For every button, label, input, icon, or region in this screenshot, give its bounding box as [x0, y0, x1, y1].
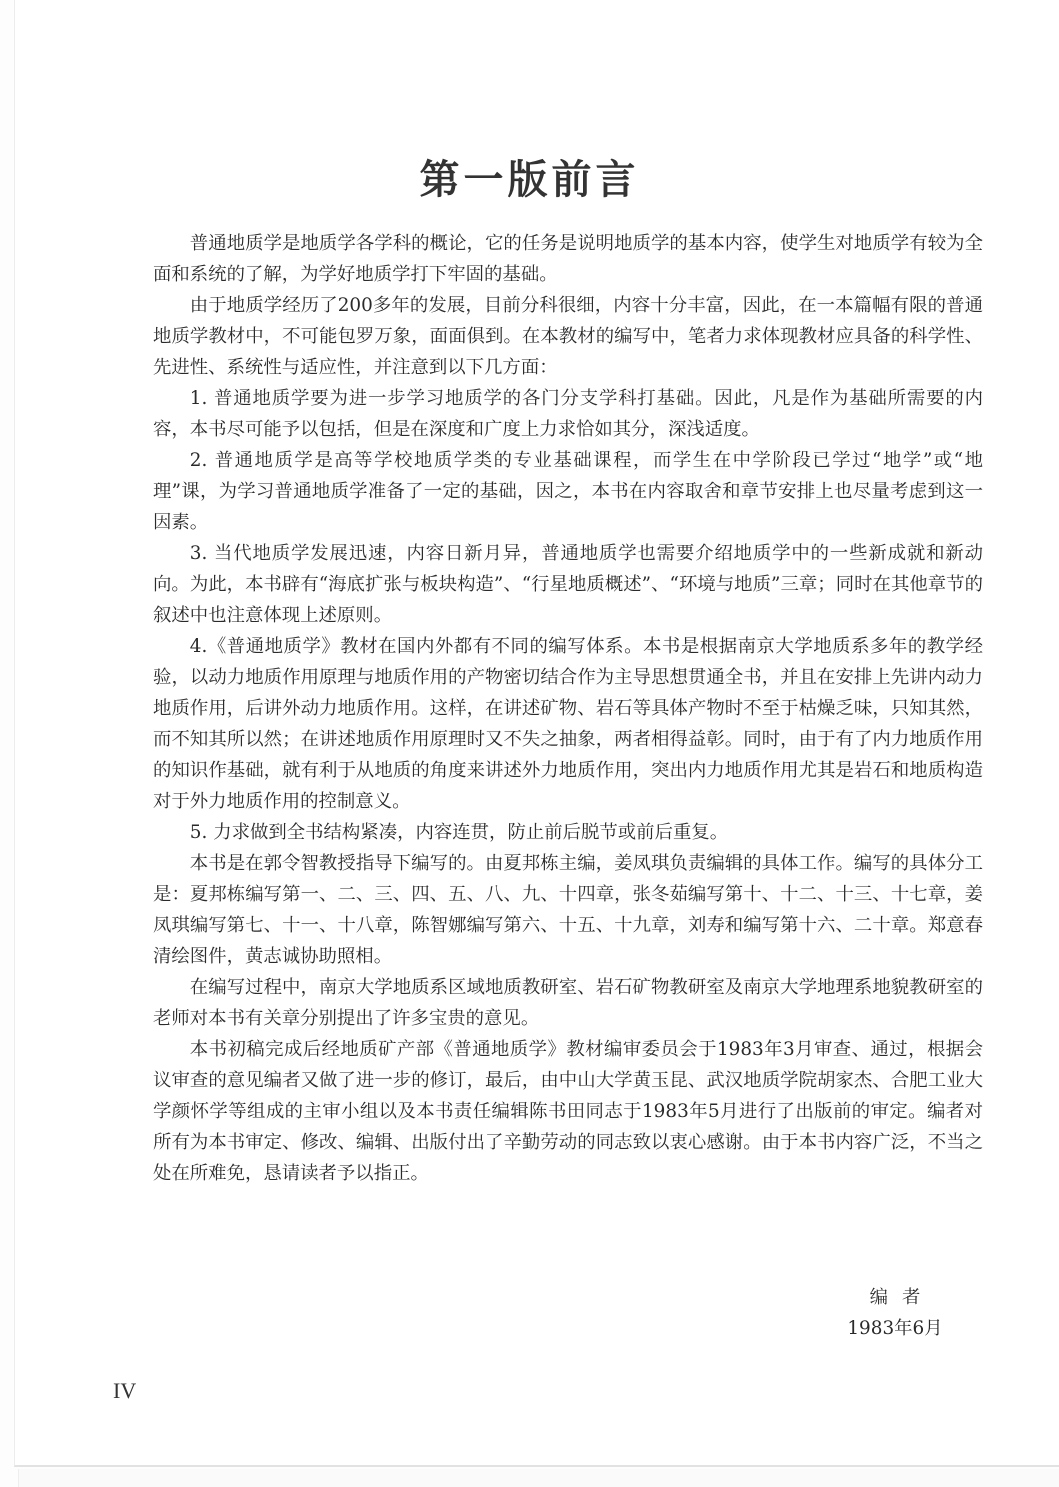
paragraph-point-1: 1. 普通地质学要为进一步学习地质学的各门分支学科打基础。因此，凡是作为基础所需…: [153, 383, 983, 445]
paragraph-scope: 由于地质学经历了200多年的发展，目前分科很细，内容十分丰富，因此，在一本篇幅有…: [153, 290, 983, 383]
paragraph-point-5: 5. 力求做到全书结构紧凑，内容连贯，防止前后脱节或前后重复。: [153, 817, 983, 848]
signoff: 编者 1983年6月: [840, 1282, 950, 1344]
signoff-date: 1983年6月: [840, 1313, 950, 1344]
page-title: 第一版前言: [0, 148, 1059, 205]
preface-body: 普通地质学是地质学各学科的概论，它的任务是说明地质学的基本内容，使学生对地质学有…: [153, 228, 983, 1189]
page-number: IV: [113, 1378, 136, 1404]
paragraph-point-3: 3. 当代地质学发展迅速，内容日新月异，普通地质学也需要介绍地质学中的一些新成就…: [153, 538, 983, 631]
paragraph-acknowledgement-departments: 在编写过程中，南京大学地质系区域地质教研室、岩石矿物教研室及南京大学地理系地貌教…: [153, 972, 983, 1034]
paragraph-authors: 本书是在郭令智教授指导下编写的。由夏邦栋主编，姜凤琪负责编辑的具体工作。编写的具…: [153, 848, 983, 972]
paragraph-point-4: 4.《普通地质学》教材在国内外都有不同的编写体系。本书是根据南京大学地质系多年的…: [153, 631, 983, 817]
paragraph-point-2: 2. 普通地质学是高等学校地质学类的专业基础课程，而学生在中学阶段已学过“地学”…: [153, 445, 983, 538]
paragraph-review-thanks: 本书初稿完成后经地质矿产部《普通地质学》教材编审委员会于1983年3月审查、通过…: [153, 1034, 983, 1189]
page-edge-shadow: [18, 1469, 1059, 1487]
paragraph-intro: 普通地质学是地质学各学科的概论，它的任务是说明地质学的基本内容，使学生对地质学有…: [153, 228, 983, 290]
signoff-author: 编者: [840, 1282, 950, 1313]
